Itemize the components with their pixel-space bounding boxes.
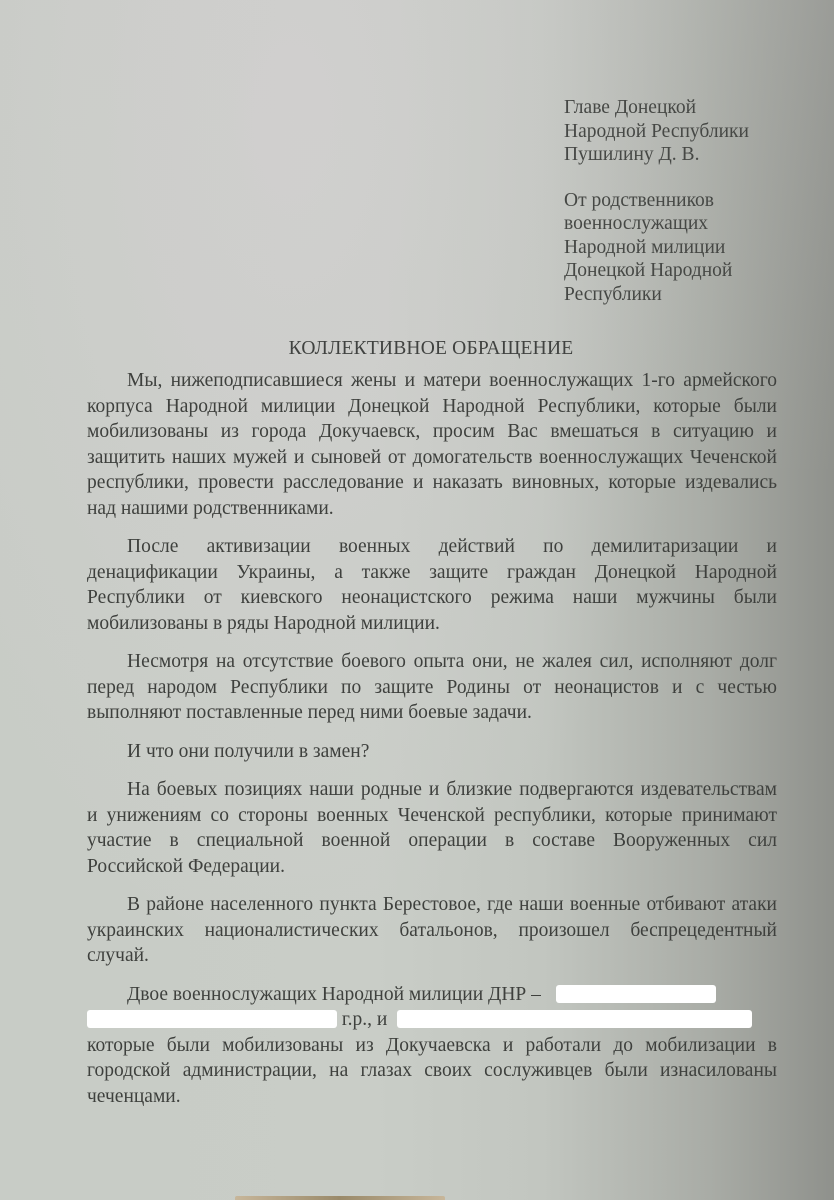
sender: От родственников военнослужащих Народной… — [564, 189, 749, 307]
text-line: городской администрации, на глазах своих… — [87, 1058, 777, 1084]
text-segment: Двое военнослужащих Народной милиции ДНР… — [127, 984, 541, 1005]
sender-line: От родственников — [564, 189, 749, 213]
text-line: Российской Федерации. — [87, 854, 777, 880]
document-body: Мы, нижеподписавшиеся жены и матери воен… — [87, 368, 777, 1122]
text-line: перед народом Республики по защите Родин… — [87, 675, 777, 701]
paragraph: После активизации военных действий по де… — [87, 534, 777, 636]
text-line: мобилизованы в ряды Народной милиции. — [87, 611, 777, 637]
paragraph: И что они получили в замен? — [87, 739, 777, 765]
text-segment: г.р., и — [342, 1009, 387, 1030]
text-line: Двое военнослужащих Народной милиции ДНР… — [87, 982, 777, 1008]
text-line: И что они получили в замен? — [87, 739, 777, 765]
text-line: В районе населенного пункта Берестовое, … — [87, 892, 777, 918]
redaction-block — [397, 1010, 752, 1028]
redaction-block — [556, 985, 716, 1003]
table-edge-strip — [235, 1196, 445, 1200]
text-line: защитить наших мужей и сыновей от домога… — [87, 445, 777, 471]
paper-page: Главе Донецкой Народной Республики Пушил… — [0, 0, 834, 1200]
text-line: над нашими родственниками. — [87, 496, 777, 522]
paragraph: Несмотря на отсутствие боевого опыта они… — [87, 649, 777, 726]
text-line: денацификации Украины, а также защите гр… — [87, 560, 777, 586]
text-line: участие в специальной военной операции в… — [87, 828, 777, 854]
text-line: которые были мобилизованы из Докучаевска… — [87, 1033, 777, 1059]
text-line: После активизации военных действий по де… — [87, 534, 777, 560]
sender-line: Донецкой Народной — [564, 259, 749, 283]
recipient-line: Главе Донецкой — [564, 96, 749, 120]
text-line: выполняют поставленные перед ними боевые… — [87, 700, 777, 726]
paragraph: Мы, нижеподписавшиеся жены и матери воен… — [87, 368, 777, 521]
text-line: мобилизованы из города Докучаевск, проси… — [87, 419, 777, 445]
text-line: чеченцами. — [87, 1084, 777, 1110]
text-line: На боевых позициях наши родные и близкие… — [87, 777, 777, 803]
text-line: Республики от киевского неонацистского р… — [87, 585, 777, 611]
addressee-block: Главе Донецкой Народной Республики Пушил… — [564, 96, 749, 306]
paragraph: В районе населенного пункта Берестовое, … — [87, 892, 777, 969]
text-line: и унижениям со стороны военных Чеченской… — [87, 803, 777, 829]
recipient-line: Пушилину Д. В. — [564, 143, 749, 167]
paragraph: На боевых позициях наши родные и близкие… — [87, 777, 777, 879]
text-line: республики, провести расследование и нак… — [87, 470, 777, 496]
document-title: КОЛЛЕКТИВНОЕ ОБРАЩЕНИЕ — [0, 338, 834, 360]
redaction-block — [87, 1010, 337, 1028]
text-line: Несмотря на отсутствие боевого опыта они… — [87, 649, 777, 675]
sender-line: Республики — [564, 283, 749, 307]
text-line: случай. — [87, 943, 777, 969]
text-line: г.р., и — [87, 1007, 777, 1033]
paragraph-redacted: Двое военнослужащих Народной милиции ДНР… — [87, 982, 777, 1110]
text-line: Мы, нижеподписавшиеся жены и матери воен… — [87, 368, 777, 394]
text-line: корпуса Народной милиции Донецкой Народн… — [87, 394, 777, 420]
recipient: Главе Донецкой Народной Республики Пушил… — [564, 96, 749, 167]
sender-line: военнослужащих — [564, 212, 749, 236]
recipient-line: Народной Республики — [564, 120, 749, 144]
sender-line: Народной милиции — [564, 236, 749, 260]
text-line: украинских националистических батальонов… — [87, 918, 777, 944]
